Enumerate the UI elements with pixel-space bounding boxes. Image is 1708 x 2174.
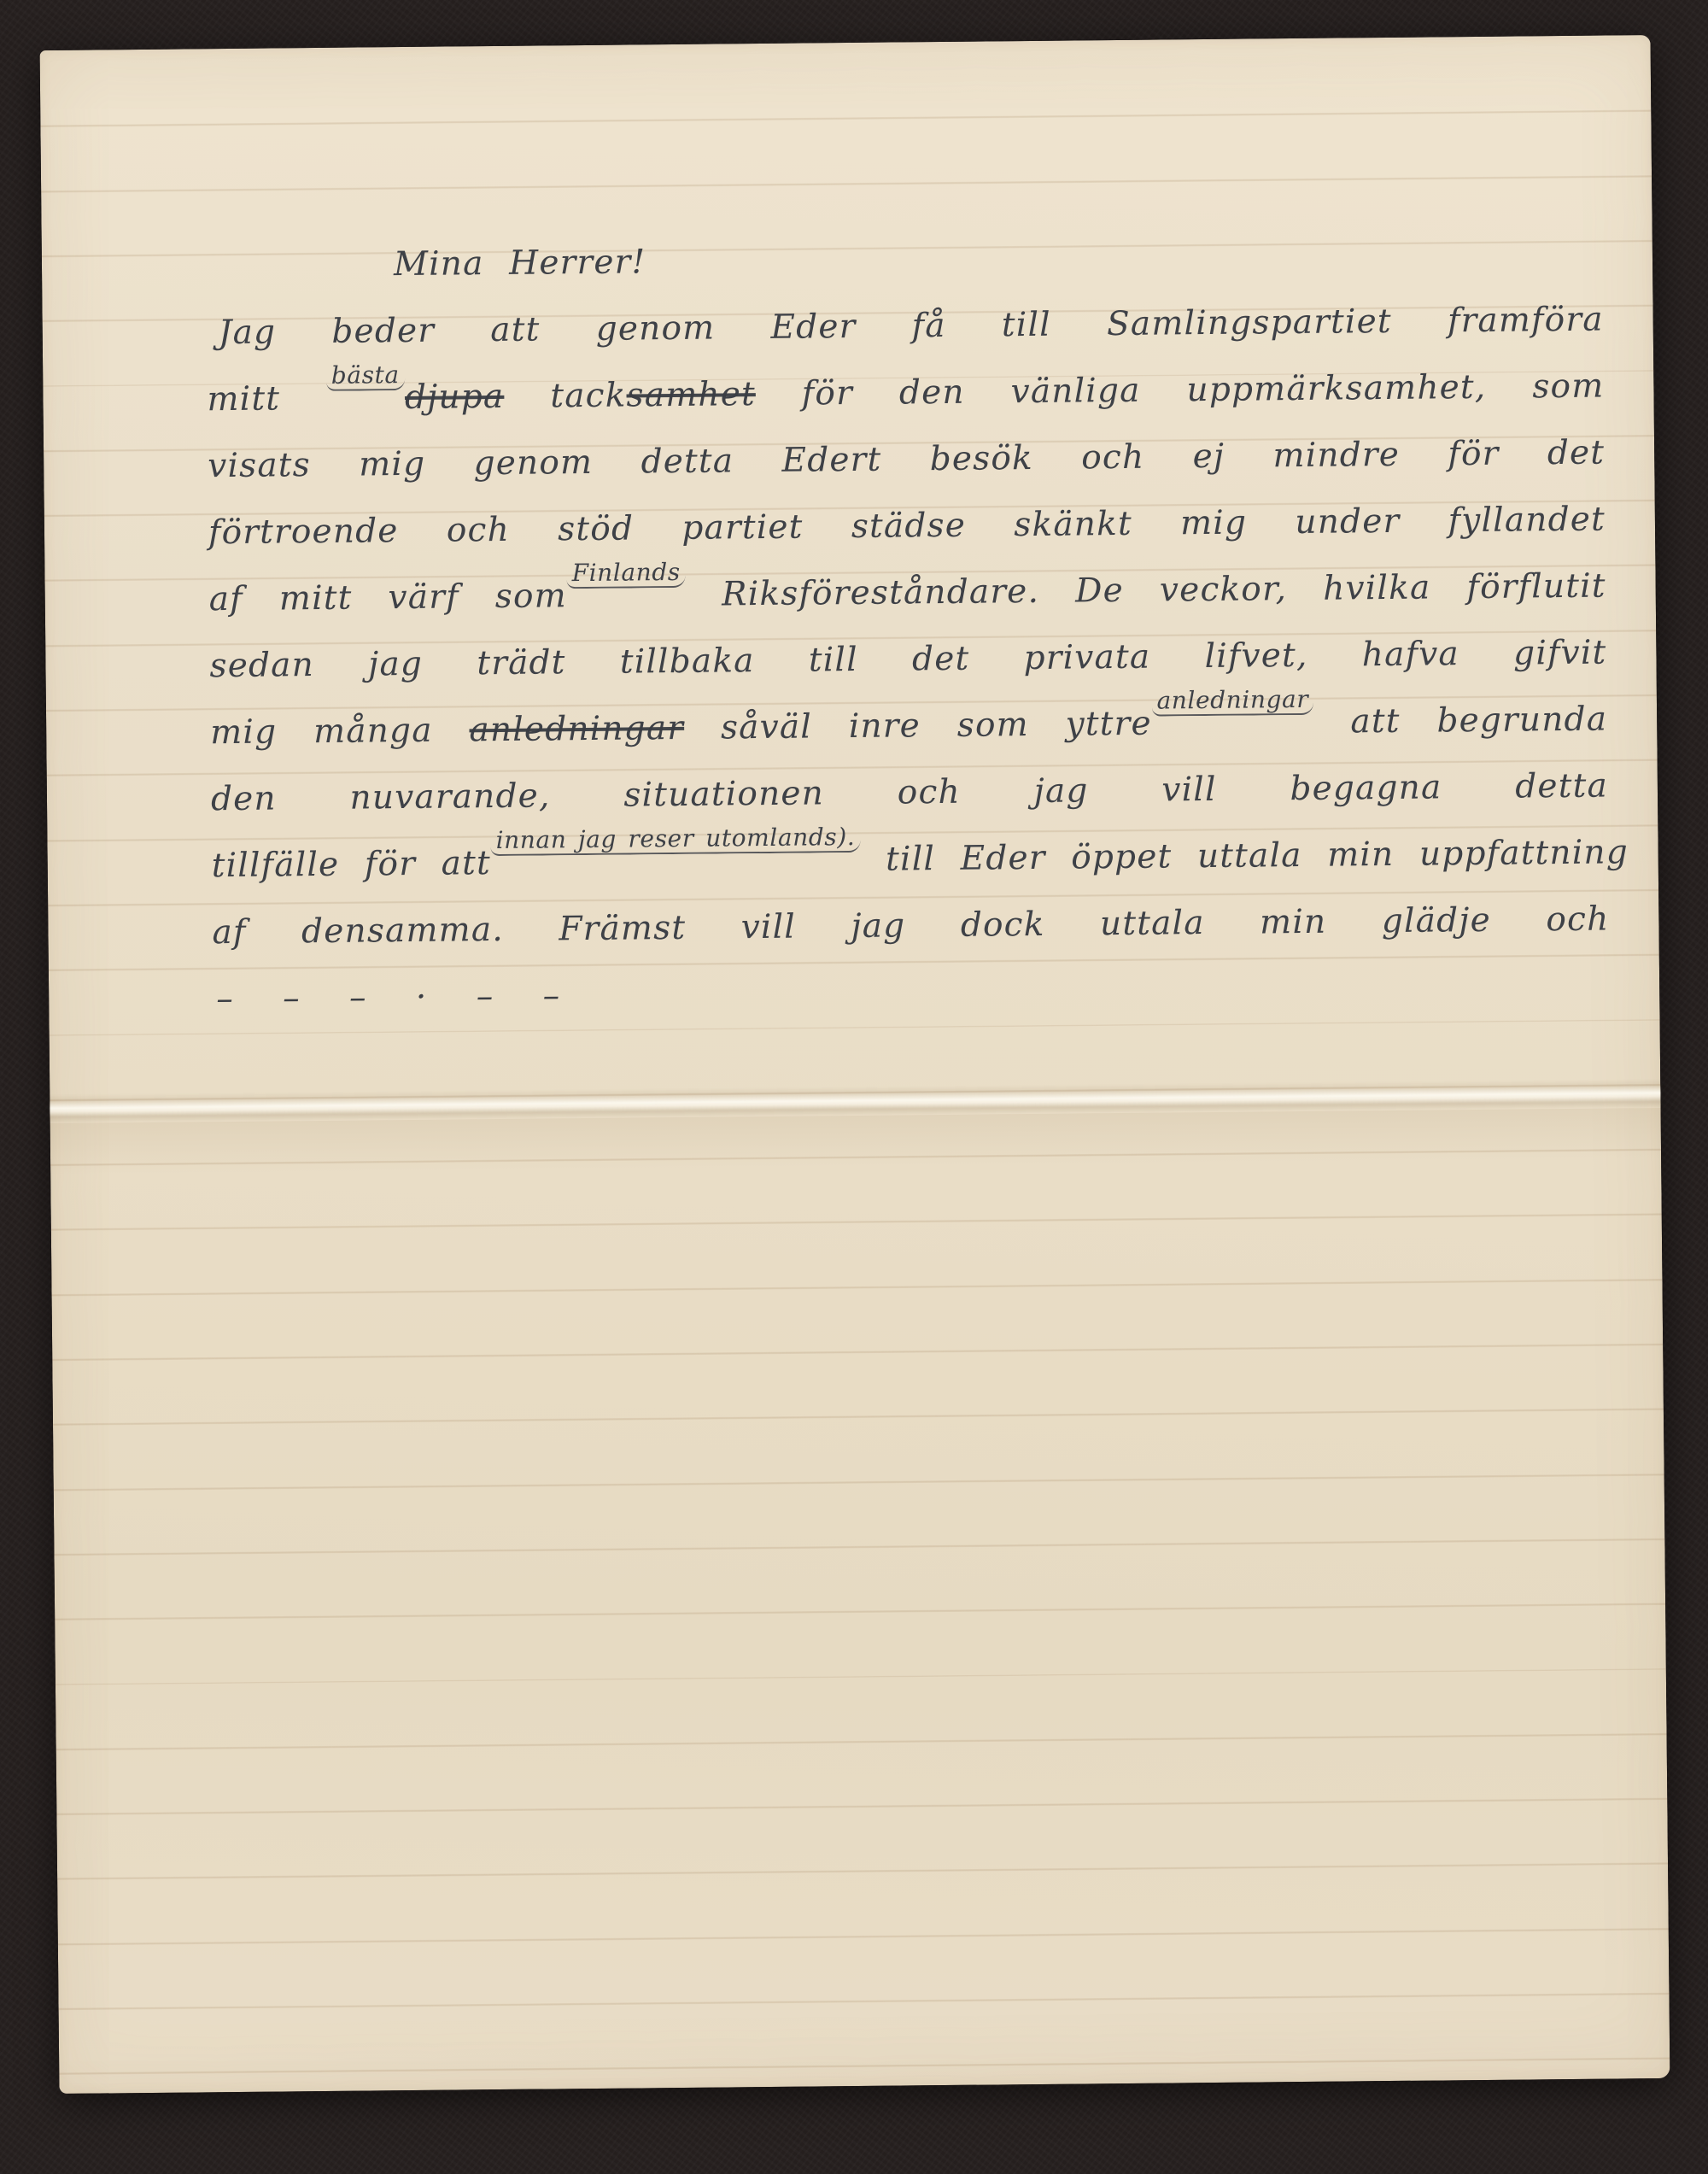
handwritten-text: mig många [210,711,470,752]
handwritten-text: Mina Herrer! [394,243,646,284]
handwritten-text: såväl inre som yttre [684,705,1152,747]
handwritten-text: förtroende och stöd partiet städse skänk… [208,501,1606,553]
handwritten-text: den nuvarande, situationen och jag vill … [211,767,1608,819]
text-block: Mina Herrer!Jag beder att genom Eder få … [206,220,1611,1034]
inserted-above-text: anledningar [1151,688,1313,717]
inserted-above-text: Finlands [566,560,686,589]
handwritten-text: af densamma. Främst vill jag dock uttala… [212,900,1609,952]
handwritten-text: tillfälle för att [212,844,492,885]
handwritten-text: mitt [207,379,326,419]
handwritten-text: – – – · – – [216,976,568,1018]
handwritten-text: Jag beder att genom Eder få till Samling… [219,301,1604,353]
handwritten-text: sedan jag trädt tillbaka till det privat… [209,634,1606,686]
handwritten-text: visats mig genom detta Edert besök och e… [208,434,1605,486]
handwritten-text: för den vänliga uppmärksamhet, som [756,367,1605,414]
handwritten-text: tack [504,377,627,416]
handwritten-text: till Eder öppet uttala min uppfattning [860,833,1629,879]
crossed-out-text: samhet [626,375,756,414]
handwritten-text: af mitt värf som [209,577,568,618]
crossed-out-text: djupa [405,378,505,417]
letter-line: af densamma. Främst vill jag dock uttala… [212,887,1610,967]
handwritten-text: Riksföreståndare. De veckor, hvilka förf… [686,567,1606,614]
inserted-above-text: bästa [326,363,405,391]
inserted-above-text: innan jag reser utomlands). [490,825,860,856]
letter-page: Mina Herrer!Jag beder att genom Eder få … [40,35,1670,2094]
handwritten-text: att begrunda [1313,700,1607,741]
crossed-out-text: anledningar [469,709,684,749]
continuation-dashes: – – – · – – [213,953,1611,1034]
